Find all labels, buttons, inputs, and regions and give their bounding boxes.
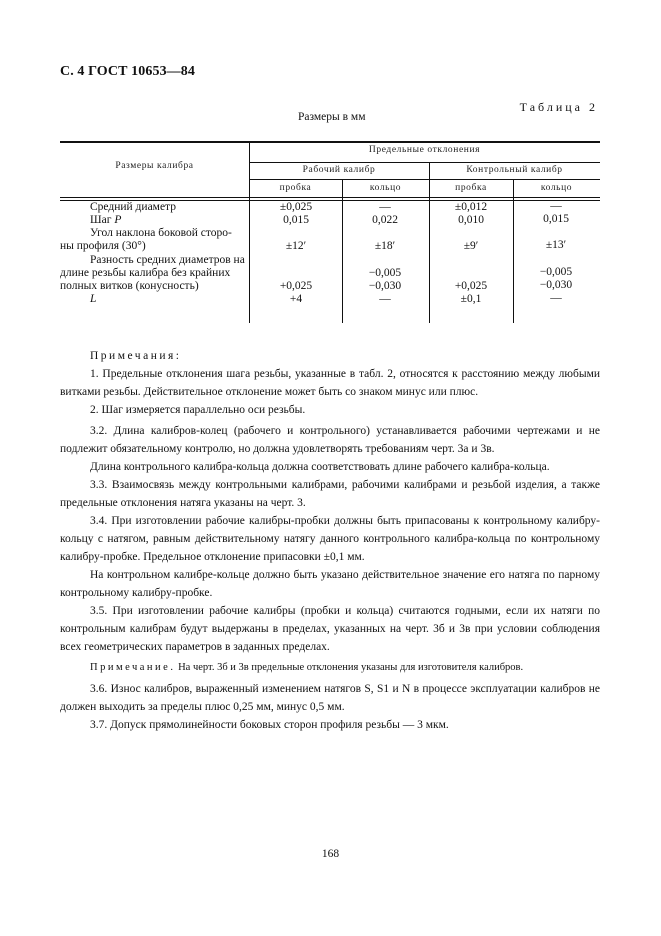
column-divider bbox=[513, 179, 514, 323]
cell: ±0,012 bbox=[431, 201, 511, 214]
symbol-l: L bbox=[90, 293, 96, 305]
cell: 0,015 bbox=[516, 213, 596, 226]
table-notes: Примечания: 1. Предельные отклонения шаг… bbox=[60, 347, 600, 419]
row-label-taper-3: полных витков (конусность) bbox=[60, 280, 199, 293]
paragraph-3-4b: На контрольном калибре-кольце должно быт… bbox=[60, 566, 600, 602]
paragraph-3-4: 3.4. При изготовлении рабочие калибры-пр… bbox=[60, 512, 600, 566]
row-label-pitch-text: Шаг bbox=[90, 214, 114, 226]
subgroup-working-gauge: Рабочий калибр bbox=[249, 165, 429, 175]
table-units: Размеры в мм bbox=[298, 111, 365, 123]
cell: ±9′ bbox=[431, 240, 511, 253]
row-label-taper-2: длине резьбы калибра без крайних bbox=[60, 267, 230, 280]
header-double-rule bbox=[60, 197, 600, 198]
paragraph-3-2b: Длина контрольного калибра-кольца должна… bbox=[60, 458, 600, 476]
cell: — bbox=[516, 200, 596, 213]
cell: — bbox=[345, 293, 425, 306]
table-top-rule bbox=[60, 141, 600, 143]
row-label-pitch-diameter: Средний диаметр bbox=[90, 201, 176, 214]
notes-title: Примечания: bbox=[60, 347, 600, 365]
paragraph-3-3: 3.3. Взаимосвязь между контрольными кали… bbox=[60, 476, 600, 512]
table-label: Таблица 2 bbox=[520, 100, 598, 115]
paragraph-3-6: 3.6. Износ калибров, выраженный изменени… bbox=[60, 680, 600, 716]
subcol-ring: кольцо bbox=[513, 183, 600, 193]
body-text: 3.2. Длина калибров-колец (рабочего и ко… bbox=[60, 422, 600, 734]
symbol-p: P bbox=[114, 214, 121, 226]
cell: ±12′ bbox=[256, 240, 336, 253]
row-label-angle-2: ны профиля (30°) bbox=[60, 240, 146, 253]
col-header-sizes: Размеры калибра bbox=[60, 161, 249, 171]
cell: −0,005 −0,030 bbox=[516, 266, 596, 292]
cell: −0,005 −0,030 bbox=[345, 267, 425, 293]
row-label-length: L bbox=[90, 293, 96, 306]
paragraph-3-5: 3.5. При изготовлении рабочие калибры (п… bbox=[60, 602, 600, 656]
cell: 0,010 bbox=[431, 214, 511, 227]
cell: +4 bbox=[256, 293, 336, 306]
note-item: 1. Предельные отклонения шага резьбы, ук… bbox=[60, 365, 600, 401]
rule bbox=[249, 162, 600, 163]
cell: ±0,025 bbox=[256, 201, 336, 214]
rule bbox=[249, 179, 600, 180]
tolerance-table: Размеры калибра Предельные отклонения Ра… bbox=[60, 141, 600, 323]
note-item: 2. Шаг измеряется параллельно оси резьбы… bbox=[60, 401, 600, 419]
cell: ±13′ bbox=[516, 239, 596, 252]
subcol-plug: пробка bbox=[429, 183, 513, 193]
cell: 0,015 bbox=[256, 214, 336, 227]
page-number: 168 bbox=[0, 848, 661, 860]
group-header-deviations: Предельные отклонения bbox=[249, 145, 600, 155]
cell: — bbox=[345, 201, 425, 214]
note-label: Примечание. bbox=[90, 662, 175, 673]
paragraph-3-7: 3.7. Допуск прямолинейности боковых стор… bbox=[60, 716, 600, 734]
cell: +0,025 bbox=[256, 280, 336, 293]
row-label-angle-1: Угол наклона боковой сторо- bbox=[90, 227, 232, 240]
cell: 0,022 bbox=[345, 214, 425, 227]
cell: ±18′ bbox=[345, 240, 425, 253]
row-label-pitch: Шаг P bbox=[90, 214, 121, 227]
paragraph-note: Примечание. На черт. 3б и 3в предельные … bbox=[60, 659, 600, 677]
cell: — bbox=[516, 292, 596, 305]
note-text: На черт. 3б и 3в предельные отклонения у… bbox=[178, 662, 523, 673]
paragraph-3-2: 3.2. Длина калибров-колец (рабочего и ко… bbox=[60, 422, 600, 458]
column-divider bbox=[342, 179, 343, 323]
subcol-ring: кольцо bbox=[342, 183, 429, 193]
document-header: С. 4 ГОСТ 10653—84 bbox=[60, 64, 195, 80]
cell: ±0,1 bbox=[431, 293, 511, 306]
subcol-plug: пробка bbox=[249, 183, 342, 193]
subgroup-control-gauge: Контрольный калибр bbox=[429, 165, 600, 175]
cell: +0,025 bbox=[431, 280, 511, 293]
row-label-taper-1: Разность средних диаметров на bbox=[90, 254, 245, 267]
